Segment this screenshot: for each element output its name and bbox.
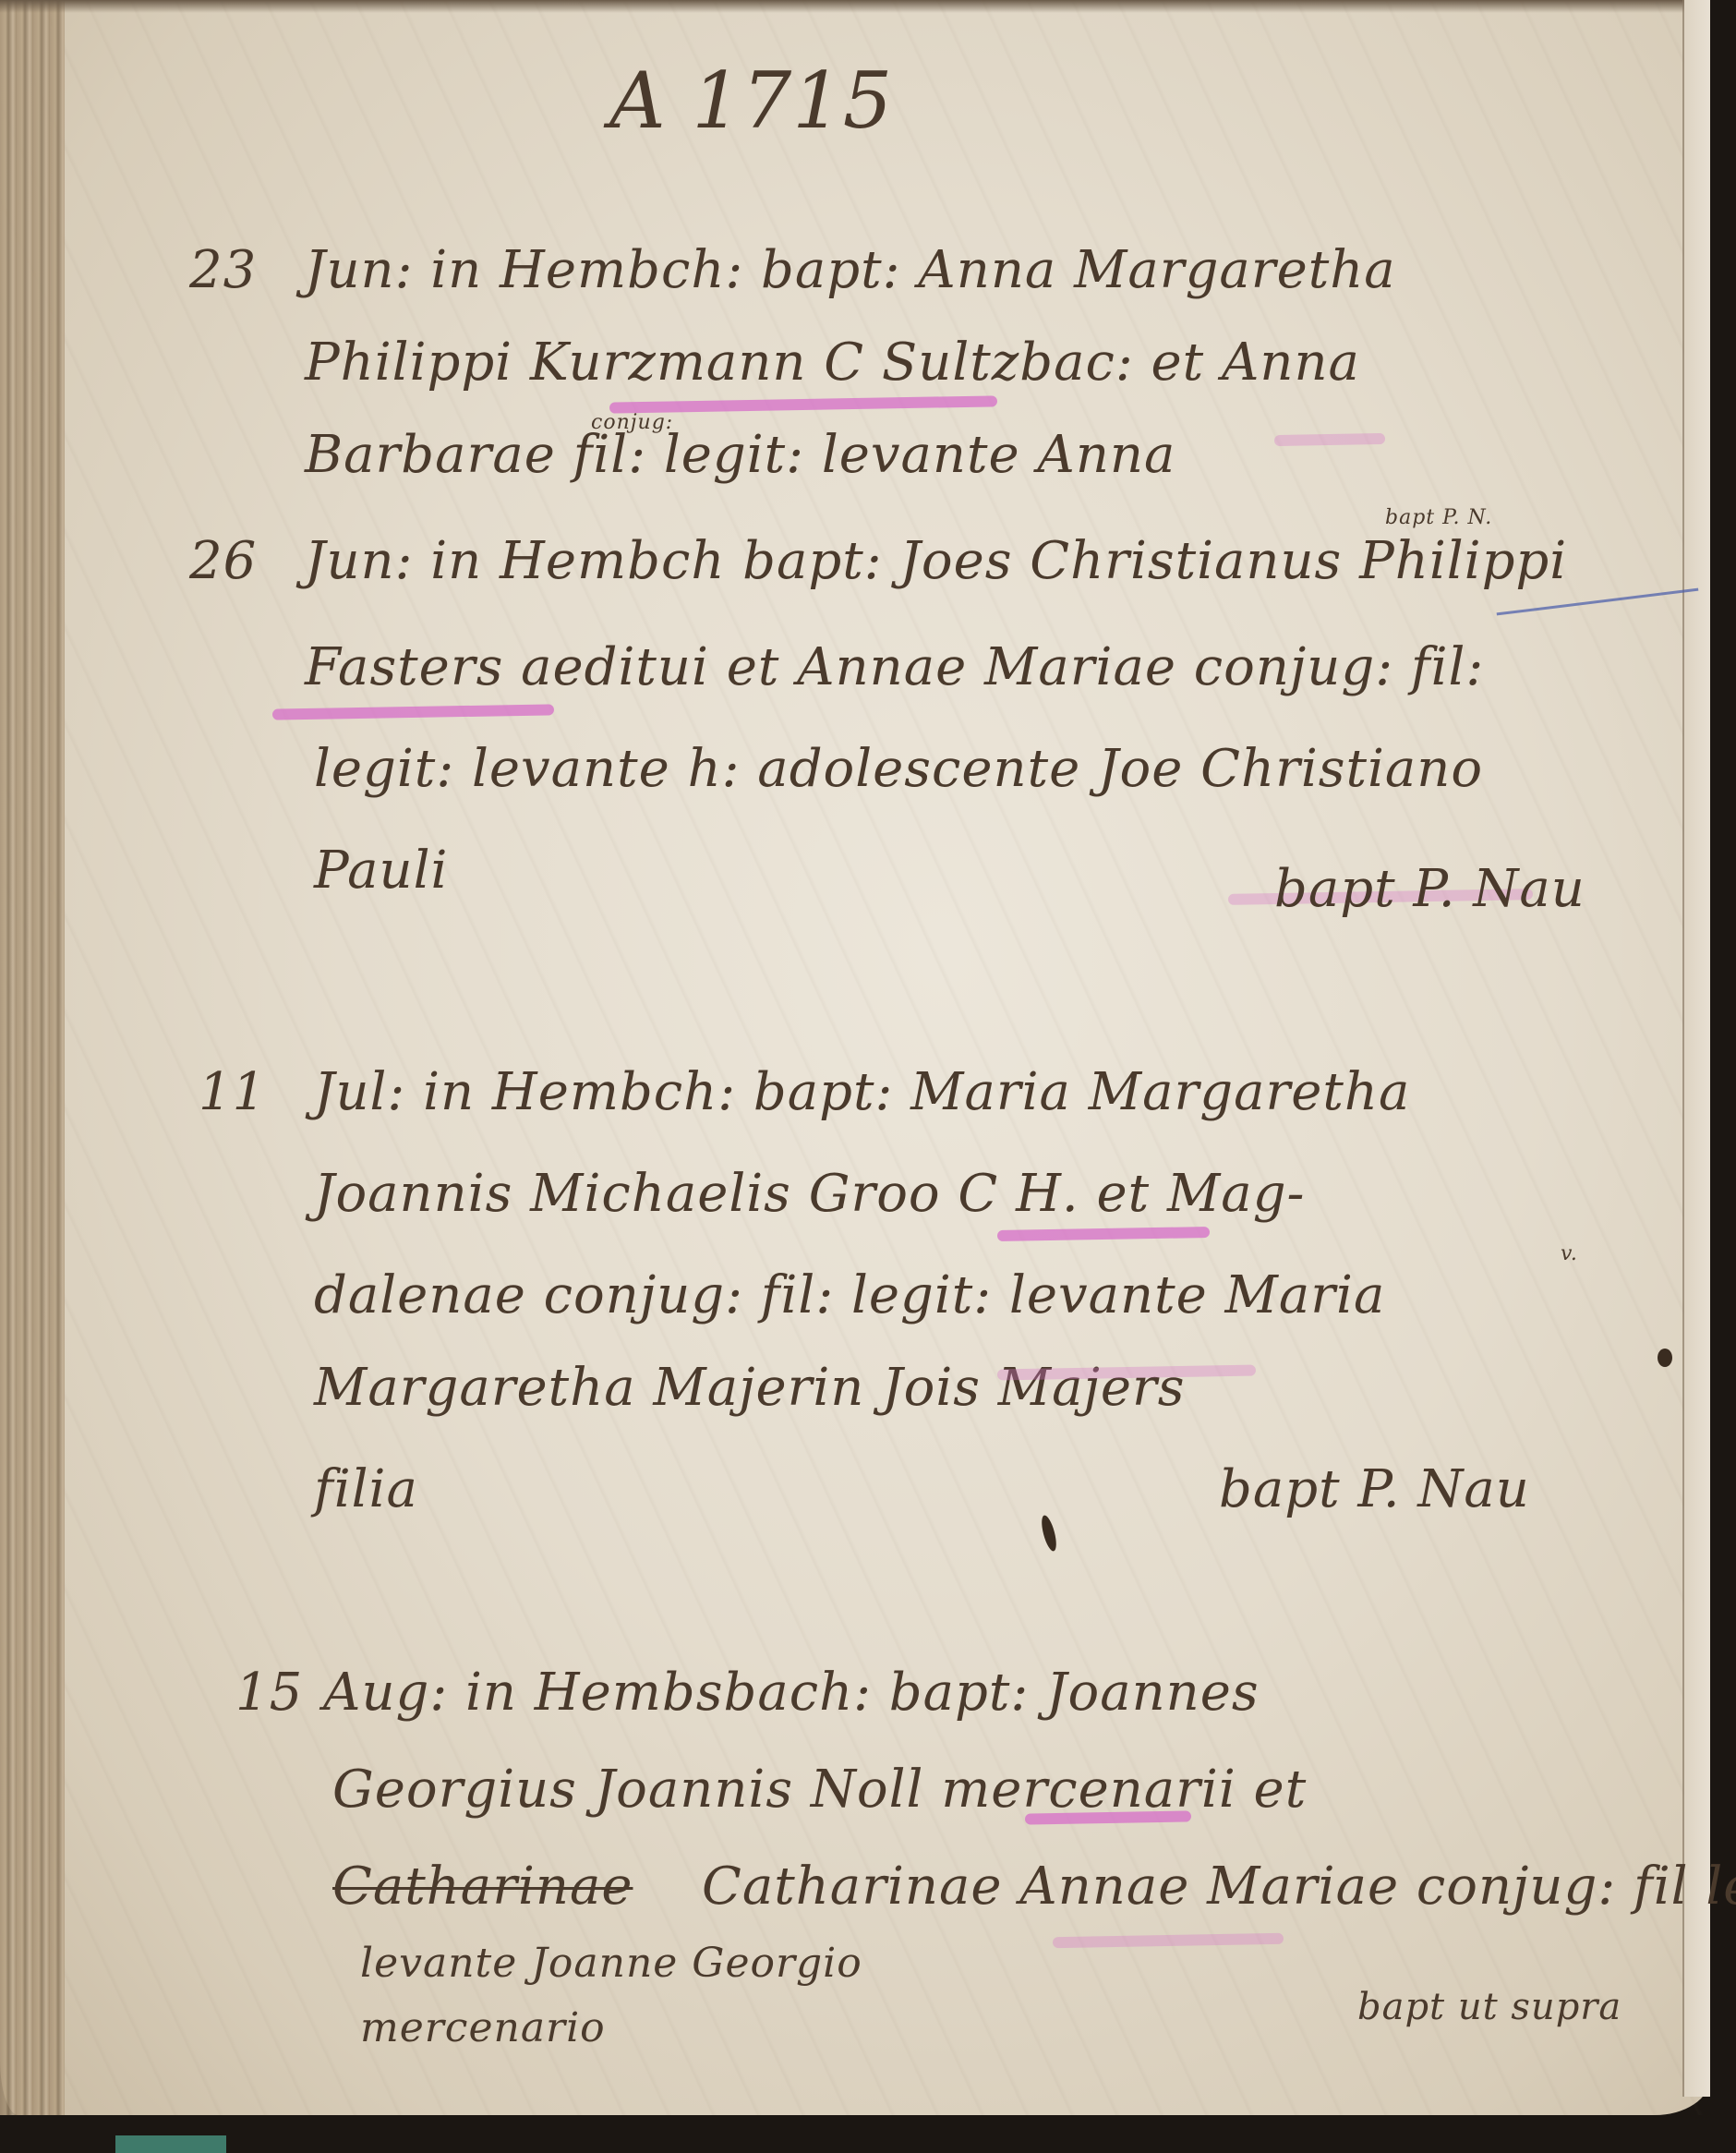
name-highlight <box>1053 1933 1284 1948</box>
name-highlight <box>1274 433 1385 446</box>
name-highlight <box>1025 1810 1191 1824</box>
entry-line: Jul: in Hembch: bapt: Maria Margaretha <box>314 1062 1410 1122</box>
priest-signature: bapt P. Nau <box>1219 1459 1530 1519</box>
name-highlight <box>272 704 554 720</box>
top-shadow <box>0 0 1710 13</box>
entry-day: 26 <box>189 531 257 591</box>
entry-line: filia <box>314 1459 418 1519</box>
next-page-edge <box>1684 0 1710 2097</box>
name-highlight <box>997 1227 1210 1241</box>
struck-word: Catharinae <box>332 1857 633 1917</box>
entry-line: Jun: in Hembch: bapt: Anna Margaretha <box>305 240 1396 300</box>
entry-line: dalenae conjug: fil: legit: levante Mari… <box>314 1265 1385 1325</box>
entry-day: 15 <box>235 1663 303 1723</box>
interlinear-note: bapt P. N. <box>1385 506 1492 529</box>
entry-line: Margaretha Majerin Jois Majers <box>314 1358 1186 1418</box>
entry-line: Barbarae fil: legit: levante Anna <box>305 425 1175 485</box>
entry-day: 11 <box>199 1062 266 1122</box>
entry-line: Fasters aeditui et Annae Mariae conjug: … <box>305 637 1484 697</box>
interlinear-note: v. <box>1561 1242 1578 1265</box>
ink-blot <box>1039 1514 1059 1553</box>
register-page: A 1715 23 Jun: in Hembch: bapt: Anna Mar… <box>0 0 1710 2115</box>
gutter-line <box>1682 0 1684 2097</box>
page-heading: A 1715 <box>609 55 893 146</box>
entry-line: legit: levante h: adolescente Joe Christ… <box>314 739 1483 799</box>
entry-line: levante Joanne Georgio <box>360 1940 862 1987</box>
entry-line: mercenario <box>360 2004 606 2051</box>
bookmark-tab <box>115 2135 226 2153</box>
entry-day: 23 <box>189 240 257 300</box>
priest-signature: bapt ut supra <box>1357 1986 1621 2028</box>
entry-line: Catharinae Annae Mariae conjug: fil legi… <box>702 1857 1736 1917</box>
entry-line: Pauli <box>314 841 448 901</box>
ink-blot <box>1658 1349 1672 1367</box>
document-scan: A 1715 23 Jun: in Hembch: bapt: Anna Mar… <box>0 0 1736 2153</box>
priest-signature: bapt P. Nau <box>1274 859 1585 919</box>
entry-line: Jun: in Hembch bapt: Joes Christianus Ph… <box>305 531 1567 591</box>
entry-line: Catharinae <box>332 1857 633 1917</box>
blue-pencil-mark <box>1497 588 1699 616</box>
entry-line: Aug: in Hembsbach: bapt: Joannes <box>323 1663 1260 1723</box>
page-stack-edges <box>0 0 65 2115</box>
entry-line: Philippi Kurzmann C Sultzbac: et Anna <box>305 333 1360 393</box>
entry-line: Joannis Michaelis Groo C H. et Mag- <box>314 1164 1305 1224</box>
